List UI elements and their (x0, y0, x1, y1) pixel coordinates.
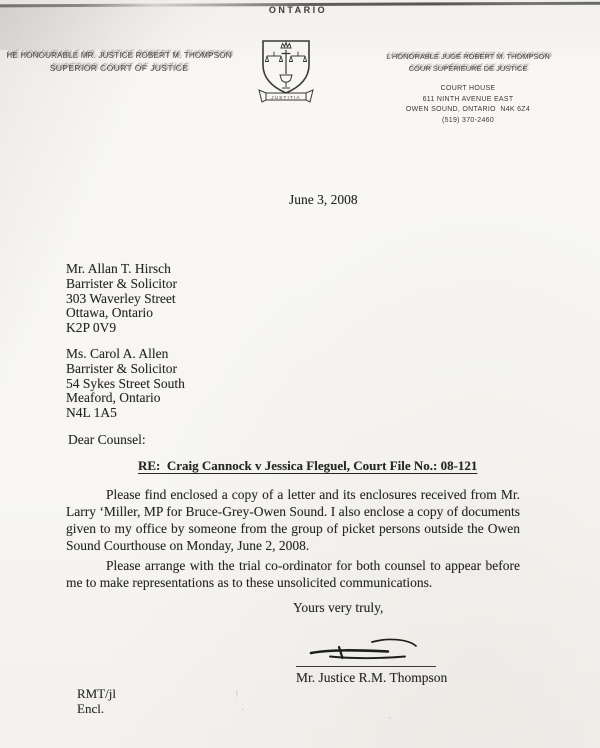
court-crest: JUSTITIA (256, 38, 316, 104)
recipient-city: Meaford, Ontario (66, 391, 185, 406)
re-subject-line: RE: Craig Cannock v Jessica Fleguel, Cou… (138, 458, 477, 474)
scan-smudge: ⠇ (235, 690, 241, 699)
court-address-line: OWEN SOUND, ONTARIO N4K 6Z4 (378, 105, 558, 116)
recipient-address-2: Ms. Carol A. Allen Barrister & Solicitor… (66, 347, 185, 421)
body-paragraph-2: Please arrange with the trial co-ordinat… (66, 557, 520, 591)
signer-name: Mr. Justice R.M. Thompson (296, 670, 447, 686)
enclosure-notation: Encl. (77, 701, 116, 716)
reference-block: RMT/jl Encl. (77, 686, 116, 716)
judge-name-english: HE HONOURABLE MR. JUSTICE ROBERT M. THOM… (0, 51, 248, 60)
salutation: Dear Counsel: (68, 432, 146, 448)
recipient-name: Ms. Carol A. Allen (66, 347, 185, 362)
recipient-name: Mr. Allan T. Hirsch (66, 262, 177, 277)
recipient-title: Barrister & Solicitor (66, 362, 185, 377)
crest-motto: JUSTITIA (271, 95, 301, 100)
closing-phrase: Yours very truly, (293, 600, 383, 616)
typist-initials: RMT/jl (77, 686, 116, 701)
scan-smudge: ⠁ (241, 708, 247, 717)
letterhead-left-block: HE HONOURABLE MR. JUSTICE ROBERT M. THOM… (0, 51, 248, 73)
letterhead-right-block: L'HONORABLE JUGE ROBERT M. THOMPSON COUR… (378, 52, 558, 73)
recipient-address-1: Mr. Allan T. Hirsch Barrister & Solicito… (66, 262, 177, 336)
signature-line (296, 666, 436, 667)
court-address-line: 611 NINTH AVENUE EAST (378, 95, 558, 106)
court-name-english: SUPERIOR COURT OF JUSTICE (0, 63, 248, 73)
recipient-street: 303 Waverley Street (66, 292, 177, 307)
judge-name-french: L'HONORABLE JUGE ROBERT M. THOMPSON (378, 52, 558, 61)
court-name-french: COUR SUPÉRIEURE DE JUSTICE (378, 64, 558, 73)
scan-smudge: ⠄ (388, 712, 394, 721)
scanned-letter-page: ONTARIO HE HONOURABLE MR. JUSTICE ROBERT… (0, 0, 600, 748)
recipient-street: 54 Sykes Street South (66, 377, 185, 392)
court-address-line: (519) 370-2460 (378, 116, 558, 127)
letterhead-province: ONTARIO (0, 5, 596, 15)
court-address-line: COURT HOUSE (378, 84, 558, 95)
recipient-city: Ottawa, Ontario (66, 306, 177, 321)
recipient-postal: N4L 1A5 (66, 406, 185, 421)
handwritten-signature (308, 636, 426, 666)
court-address-block: COURT HOUSE 611 NINTH AVENUE EAST OWEN S… (378, 84, 558, 126)
recipient-title: Barrister & Solicitor (66, 277, 177, 292)
body-paragraph-1: Please find enclosed a copy of a letter … (66, 486, 520, 554)
recipient-postal: K2P 0V9 (66, 321, 177, 336)
letter-date: June 3, 2008 (289, 192, 358, 208)
